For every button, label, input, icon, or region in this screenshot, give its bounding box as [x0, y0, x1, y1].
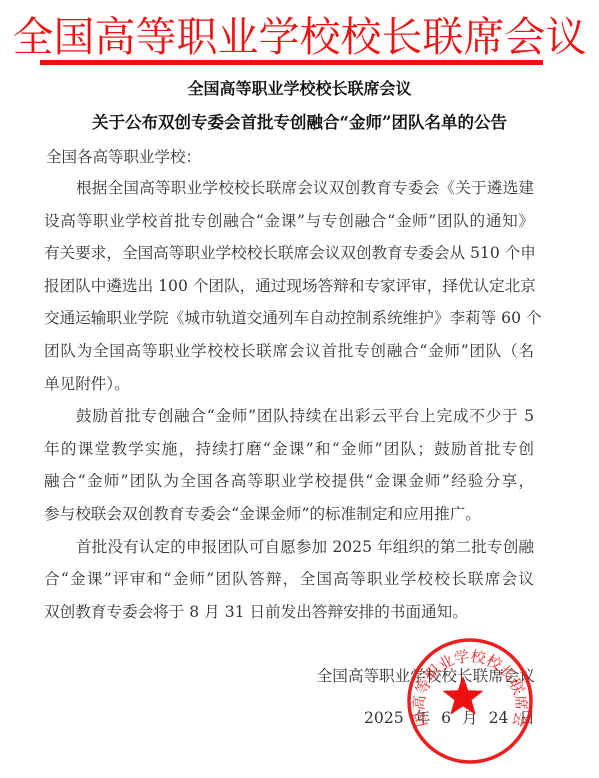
star-icon — [443, 676, 484, 715]
official-seal-icon: 全国高等职业学校校长联席会议 — [405, 636, 535, 766]
text-line: 参与校联会双创教育专委会“金课金师”的标准制定和应用推广。 — [44, 498, 534, 531]
masthead-title: 全国高等职业学校校长联席会议 — [0, 14, 599, 60]
document-issuer: 全国高等职业学校校长联席会议 — [0, 78, 599, 100]
document-body: 根据全国高等职业学校校长联席会议双创教育专委会《关于遴选建 设高等职业学校首批专… — [44, 172, 534, 628]
text-line: 团队为全国高等职业学校校长联席会议首批专创融合“金师”团队（名 — [44, 335, 534, 368]
text-line: 合“金课”评审和“金师”团队答辩，全国高等职业学校校长联席会议 — [44, 563, 534, 596]
masthead-divider — [40, 60, 543, 65]
paragraph-1: 根据全国高等职业学校校长联席会议双创教育专委会《关于遴选建 设高等职业学校首批专… — [44, 172, 534, 400]
svg-text:全国高等职业学校校长联席会议: 全国高等职业学校校长联席会议 — [405, 636, 530, 729]
text-line: 鼓励首批专创融合“金师”团队持续在出彩云平台上完成不少于 5 — [44, 400, 534, 433]
text-line: 年的课堂教学实施，持续打磨“金课”和“金师”团队；鼓励首批专创 — [44, 433, 534, 466]
paragraph-2: 鼓励首批专创融合“金师”团队持续在出彩云平台上完成不少于 5 年的课堂教学实施，… — [44, 400, 534, 530]
text-line: 单见附件）。 — [44, 368, 534, 401]
text-line: 有关要求，全国高等职业学校校长联席会议双创教育专委会从 510 个申 — [44, 237, 534, 270]
text-line: 融合“金师”团队为全国各高等职业学校提供“金课金师”经验分享， — [44, 465, 534, 498]
text-line: 设高等职业学校首批专创融合“金课”与专创融合“金师”团队的通知》 — [44, 205, 534, 238]
text-line: 首批没有认定的申报团队可自愿参加 2025 年组织的第二批专创融 — [44, 531, 534, 564]
text-line: 交通运输职业学院《城市轨道交通列车自动控制系统维护》李莉等 60 个 — [44, 302, 534, 335]
text-line: 根据全国高等职业学校校长联席会议双创教育专委会《关于遴选建 — [44, 172, 534, 205]
seal-text: 全国高等职业学校校长联席会议 — [405, 636, 530, 729]
salutation: 全国各高等职业学校： — [46, 146, 201, 168]
text-line: 双创教育专委会将于 8 月 31 日前发出答辩安排的书面通知。 — [44, 596, 534, 629]
paragraph-3: 首批没有认定的申报团队可自愿参加 2025 年组织的第二批专创融 合“金课”评审… — [44, 531, 534, 629]
document-title: 关于公布双创专委会首批专创融合“金师”团队名单的公告 — [0, 112, 599, 134]
text-line: 报团队中遴选出 100 个团队，通过现场答辩和专家评审，择优认定北京 — [44, 270, 534, 303]
